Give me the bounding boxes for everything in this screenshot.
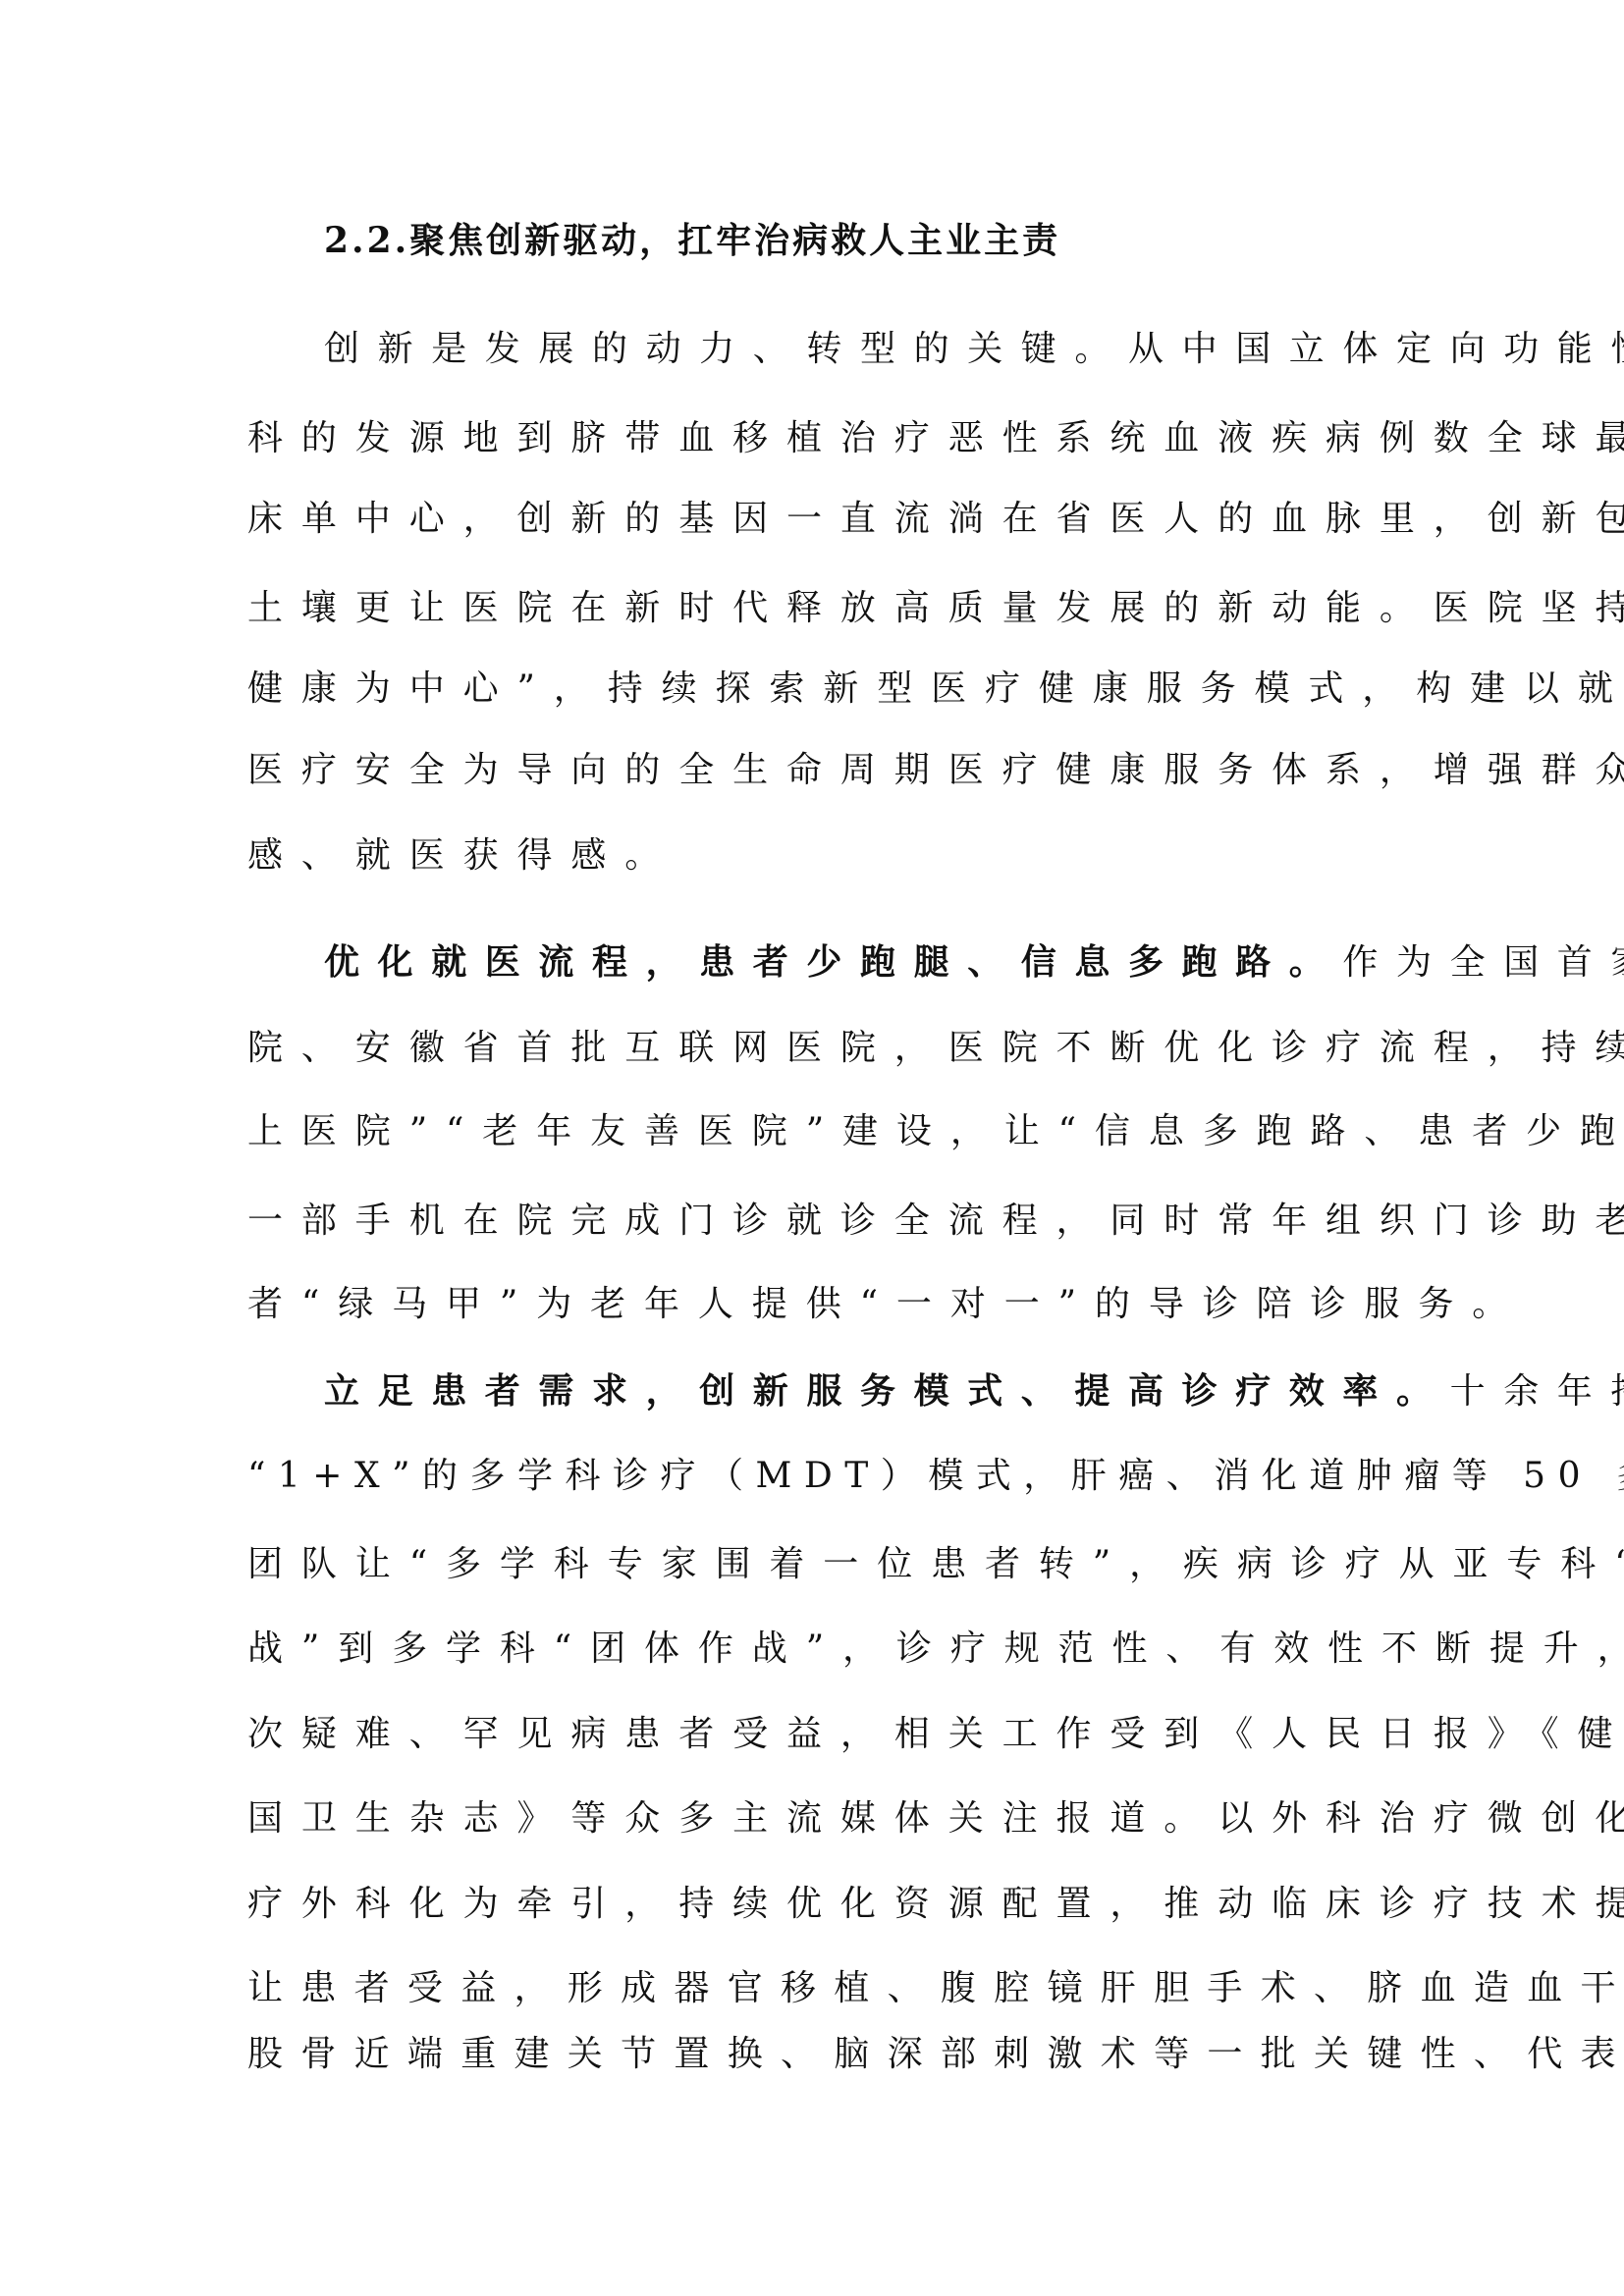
paragraph-line: 健康为中心”，持续探索新型医疗健康服务模式，构建以就医便捷和 [247, 662, 1624, 717]
paragraph-line: 医疗安全为导向的全生命周期医疗健康服务体系，增强群众健康幸福 [247, 743, 1624, 798]
section-title: 2.2.聚焦创新驱动，扛牢治病救人主业主责 [324, 213, 1060, 268]
paragraph-line: 让患者受益，形成器官移植、腹腔镜肝胆手术、脐血造血干细胞移植、 [247, 1961, 1624, 2016]
paragraph-lead: 立足患者需求，创新服务模式、提高诊疗效率。 [324, 1370, 1450, 1412]
paragraph-line: 次疑难、罕见病患者受益，相关工作受到《人民日报》《健康报》《中 [247, 1707, 1624, 1762]
paragraph-line: 团队让“多学科专家围着一位患者转”，疾病诊疗从亚专科“单兵作 [247, 1537, 1624, 1592]
paragraph-line: 国卫生杂志》等众多主流媒体关注报道。以外科治疗微创化、内科治 [247, 1791, 1624, 1846]
paragraph-line: 者“绿马甲”为老年人提供“一对一”的导诊陪诊服务。 [247, 1277, 1526, 1332]
paragraph-line: 战”到多学科“团体作战”，诊疗规范性、有效性不断提升，万余人 [247, 1622, 1624, 1677]
paragraph-line: 院、安徽省首批互联网医院，医院不断优化诊疗流程，持续推进“掌 [247, 1021, 1624, 1076]
paragraph-line: 感、就医获得感。 [247, 828, 678, 883]
paragraph-first-line: 优化就医流程，患者少跑腿、信息多跑路。作为全国首家智慧医 [324, 934, 1624, 989]
paragraph-line: 股骨近端重建关节置换、脑深部刺激术等一批关键性、代表性技术。 [247, 2027, 1624, 2082]
paragraph-lead: 优化就医流程，患者少跑腿、信息多跑路。 [324, 941, 1342, 983]
paragraph-line: 一部手机在院完成门诊就诊全流程，同时常年组织门诊助老助医志愿 [247, 1194, 1624, 1249]
paragraph-line: 上医院”“老年友善医院”建设，让“信息多跑路、患者少跑腿”， [247, 1104, 1624, 1159]
paragraph-line: 科的发源地到脐带血移植治疗恶性系统血液疾病例数全球最多的临 [247, 411, 1624, 466]
document-page: 2.2.聚焦创新驱动，扛牢治病救人主业主责 创新是发展的动力、转型的关键。从中国… [0, 0, 1624, 2296]
paragraph-line: 创新是发展的动力、转型的关键。从中国立体定向功能性神经外 [324, 322, 1624, 377]
paragraph-lead-rest: 作为全国首家智慧医 [1342, 942, 1624, 983]
paragraph-line: 土壤更让医院在新时代释放高质量发展的新动能。医院坚持“以人民 [247, 581, 1624, 636]
paragraph-line: 床单中心，创新的基因一直流淌在省医人的血脉里，创新包容的文化 [247, 492, 1624, 547]
paragraph-lead-rest: 十余年持续深化 [1450, 1371, 1624, 1412]
paragraph-line: 疗外科化为牵引，持续优化资源配置，推动临床诊疗技术提档升级， [247, 1877, 1624, 1932]
paragraph-first-line: 立足患者需求，创新服务模式、提高诊疗效率。十余年持续深化 [324, 1363, 1624, 1418]
paragraph-line: “1+X”的多学科诊疗（MDT）模式，肝癌、消化道肿瘤等 50 多个 MDT [247, 1449, 1624, 1504]
